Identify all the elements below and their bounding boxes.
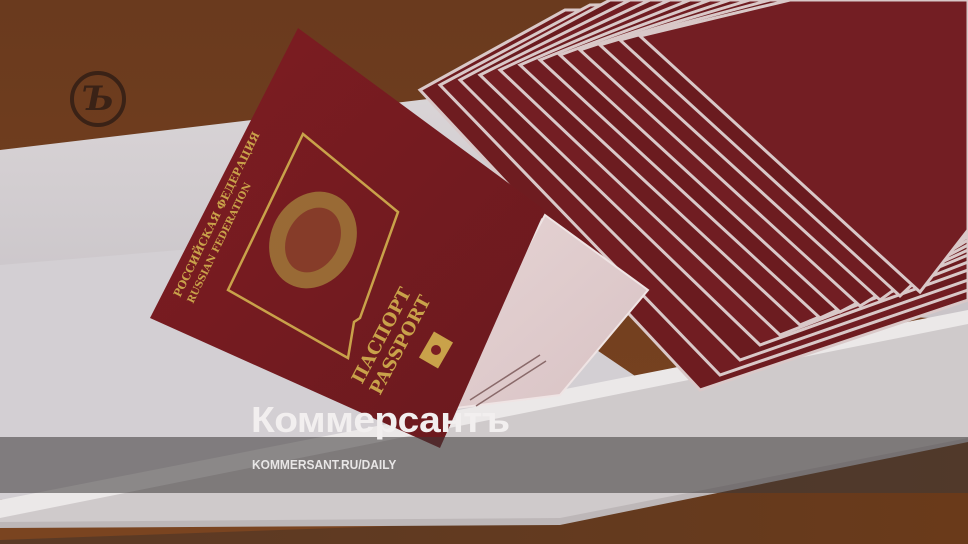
masthead: Коммерсантъ bbox=[251, 402, 510, 438]
kommersant-emblem-icon: Ъ bbox=[70, 71, 126, 127]
site-url-link[interactable]: KOMMERSANT.RU/DAILY bbox=[252, 458, 396, 471]
logo-glyph: Ъ bbox=[82, 82, 115, 116]
news-share-card: РОССИЙСКАЯ ФЕДЕРАЦИЯ RUSSIAN FEDERATION … bbox=[0, 0, 968, 544]
brand-banner bbox=[0, 437, 968, 493]
